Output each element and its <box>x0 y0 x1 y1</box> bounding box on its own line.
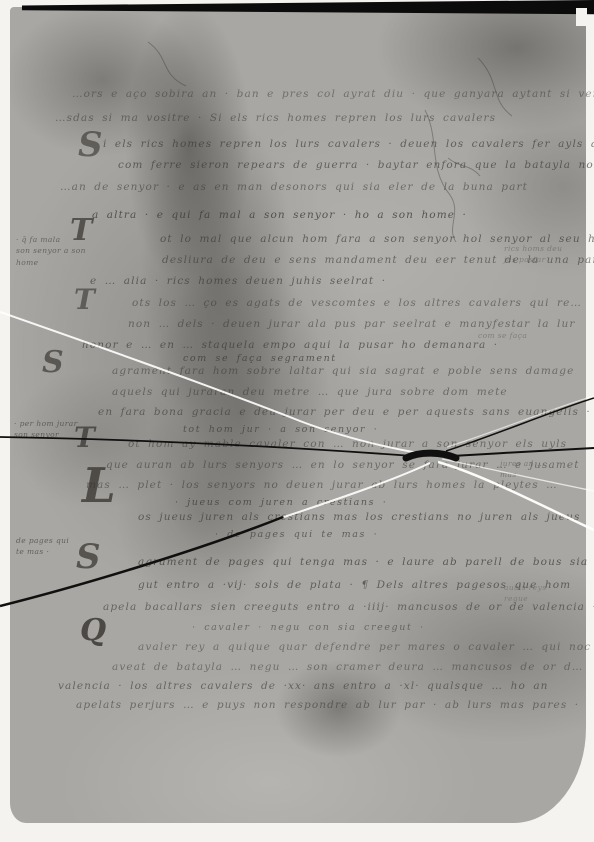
vein-cracks <box>148 42 512 242</box>
white-cracks <box>0 312 594 530</box>
crack-lines <box>0 0 594 842</box>
manuscript-photo: …ors e aço sobira an · ban e pres col ay… <box>0 0 594 842</box>
black-cracks <box>0 398 594 606</box>
